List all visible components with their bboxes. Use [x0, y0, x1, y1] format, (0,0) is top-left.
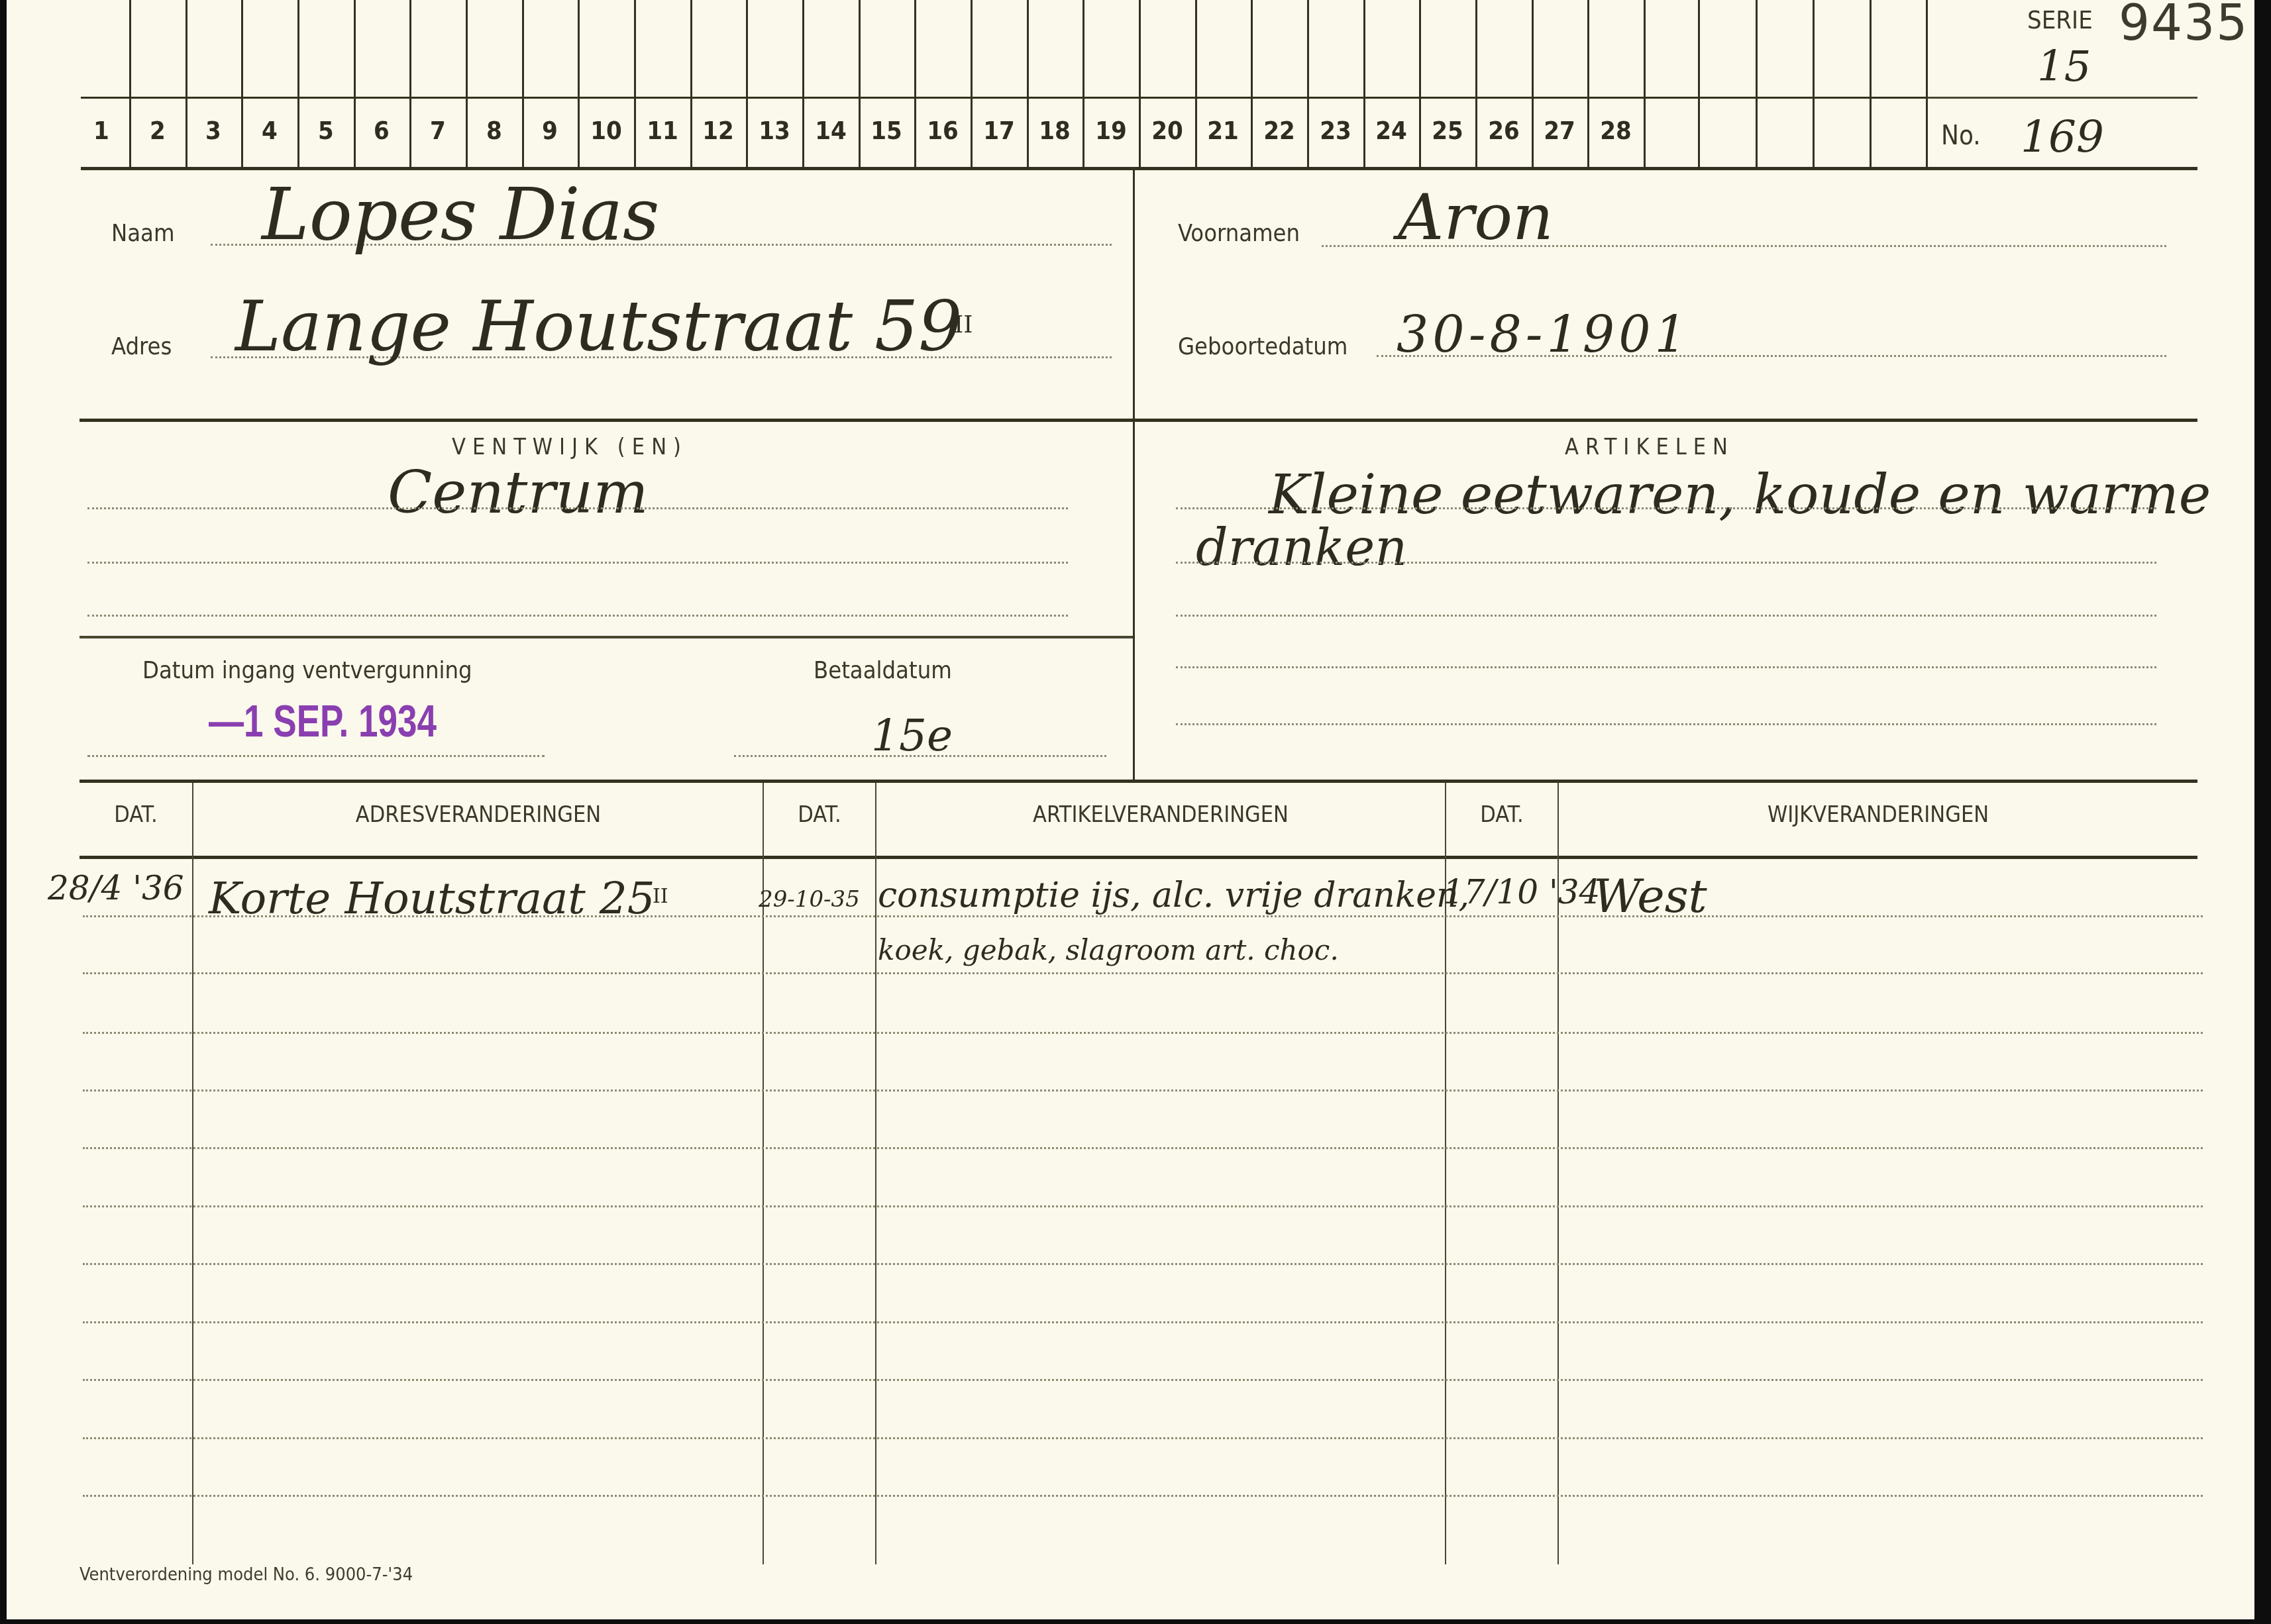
form-model-footer: Ventverordening model No. 6. 9000-7-'34 — [79, 1564, 413, 1585]
serie-value: 9435 — [2119, 0, 2248, 52]
col-divider — [192, 783, 193, 1564]
naam-label: Naam — [111, 220, 174, 247]
day-number: 7 — [411, 116, 464, 145]
day-number: 6 — [355, 116, 408, 145]
wijk-change-value: West — [1593, 869, 1707, 923]
day-number: 21 — [1196, 116, 1249, 145]
person-divider — [1133, 167, 1135, 419]
ventwijk-heading: VENTWIJK (EN) — [7, 434, 1133, 460]
day-number: 18 — [1028, 116, 1081, 145]
naam-value: Lopes Dias — [262, 174, 660, 256]
serie-sub-value: 15 — [2037, 42, 2091, 91]
artikelen-line — [1176, 723, 2156, 725]
artikelen-line — [1176, 507, 2156, 509]
artikel-change-line-2: koek, gebak, slagroom art. choc. — [878, 934, 1339, 966]
grid-divider — [1926, 0, 1928, 167]
ventwijk-divider — [1133, 419, 1135, 780]
day-number: 8 — [468, 116, 521, 145]
wijk-change-date: 17/10 '34 — [1443, 873, 1600, 911]
datum-ingang-line — [87, 755, 545, 757]
adres-change-date: 28/4 '36 — [48, 869, 184, 907]
ventwijk-line — [87, 615, 1068, 617]
col-header-dat: DAT. — [1446, 801, 1558, 828]
row-line — [83, 1205, 2203, 1207]
artikelen-line-1: Kleine eetwaren, koude en warme — [1269, 464, 2211, 527]
artikelen-line — [1176, 615, 2156, 617]
day-number: 17 — [973, 116, 1026, 145]
col-divider — [875, 783, 876, 1564]
vendor-license-card: 1 2 3 4 5 6 7 8 9 10 11 12 13 14 15 16 1… — [7, 0, 2254, 1619]
col-header-artikelveranderingen: ARTIKELVERANDERINGEN — [876, 801, 1445, 828]
row-line — [83, 1321, 2203, 1323]
day-number: 20 — [1141, 116, 1194, 145]
row-line — [83, 972, 2203, 974]
voornamen-label: Voornamen — [1178, 220, 1300, 247]
artikel-change-date: 29-10-35 — [759, 886, 860, 913]
section-rule — [79, 419, 2197, 422]
day-number: 16 — [916, 116, 969, 145]
row-line — [83, 1263, 2203, 1265]
artikelen-heading: ARTIKELEN — [1133, 434, 2166, 460]
serie-label: SERIE — [2027, 5, 2093, 34]
day-number: 25 — [1421, 116, 1474, 145]
day-number: 13 — [748, 116, 801, 145]
day-number: 12 — [692, 116, 745, 145]
adres-floor: II — [954, 311, 973, 338]
grid-divider — [1870, 0, 1872, 167]
adres-change-value: Korte Houtstraat 25 — [209, 873, 655, 924]
no-value: 169 — [2021, 111, 2104, 162]
day-number: 19 — [1084, 116, 1137, 145]
adres-change-floor: II — [653, 885, 668, 908]
col-header-dat: DAT. — [79, 801, 192, 828]
artikelen-line — [1176, 562, 2156, 564]
row-line — [83, 1147, 2203, 1149]
day-number: 2 — [131, 116, 184, 145]
day-number: 5 — [299, 116, 352, 145]
voornamen-value: Aron — [1398, 180, 1554, 254]
col-header-adresveranderingen: ADRESVERANDERINGEN — [193, 801, 763, 828]
row-line — [83, 1437, 2203, 1439]
day-number: 3 — [187, 116, 240, 145]
grid-divider — [1756, 0, 1758, 167]
datum-ingang-stamp: —1 SEP. 1934 — [209, 695, 437, 747]
ventwijk-value: Centrum — [388, 458, 649, 527]
day-number: 24 — [1365, 116, 1418, 145]
row-line — [83, 1495, 2203, 1497]
adres-label: Adres — [111, 333, 172, 360]
artikelen-line-2: dranken — [1196, 518, 1407, 577]
betaaldatum-value: 15e — [871, 710, 953, 761]
day-number: 9 — [523, 116, 576, 145]
day-number: 27 — [1533, 116, 1586, 145]
geboortedatum-label: Geboortedatum — [1178, 333, 1347, 360]
day-number: 26 — [1477, 116, 1530, 145]
betaaldatum-line — [734, 755, 1106, 757]
day-number: 4 — [243, 116, 296, 145]
grid-divider — [1644, 0, 1646, 167]
row-line — [83, 1032, 2203, 1034]
adres-value: Lange Houtstraat 59 — [235, 286, 962, 367]
artikel-change-line-1: consumptie ijs, alc. vrije dranken, — [878, 876, 1469, 915]
grid-divider — [1698, 0, 1700, 167]
day-number: 23 — [1309, 116, 1362, 145]
table-header-rule — [79, 856, 2197, 859]
day-number: 28 — [1589, 116, 1642, 145]
day-number: 11 — [636, 116, 689, 145]
ventwijk-line — [87, 507, 1068, 509]
table-top-rule — [79, 780, 2197, 783]
row-line — [83, 1090, 2203, 1091]
artikelen-line — [1176, 666, 2156, 668]
day-number: 15 — [860, 116, 913, 145]
vergunning-rule — [79, 636, 1133, 638]
no-label: No. — [1941, 121, 1981, 151]
col-header-wijkveranderingen: WIJKVERANDERINGEN — [1559, 801, 2197, 828]
ventwijk-line — [87, 562, 1068, 564]
col-header-dat: DAT. — [764, 801, 875, 828]
day-number: 14 — [804, 116, 857, 145]
datum-ingang-label: Datum ingang ventvergunning — [142, 657, 472, 684]
grid-bottom-rule — [81, 167, 2197, 170]
geboortedatum-value: 30-8-1901 — [1397, 305, 1691, 364]
day-number: 10 — [580, 116, 633, 145]
day-number: 1 — [75, 116, 128, 145]
serie-rule — [1928, 97, 2197, 99]
row-line — [83, 1379, 2203, 1381]
grid-divider — [1813, 0, 1815, 167]
grid-top-rule — [81, 97, 1954, 99]
betaaldatum-label: Betaaldatum — [814, 657, 952, 684]
day-number: 22 — [1253, 116, 1306, 145]
